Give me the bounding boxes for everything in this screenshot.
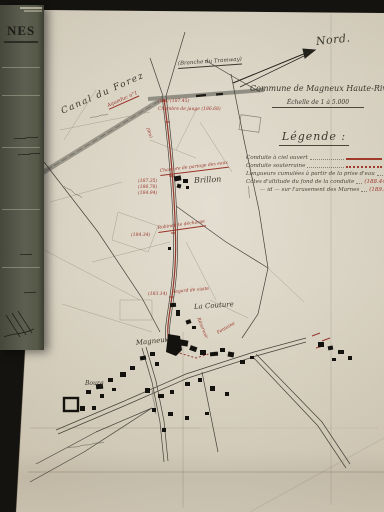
map-scale: Échelle de 1 à 5.000 bbox=[272, 99, 364, 108]
map-drawing bbox=[0, 0, 384, 512]
red-annotation: (184.94) bbox=[138, 192, 157, 197]
legend-item-value: (188.44) bbox=[364, 179, 384, 185]
place-label-brillon: Brillon bbox=[194, 176, 222, 185]
photographed-map-document: Nord. (Branche du Tramway) Canal du Fore… bbox=[0, 0, 384, 512]
legend-item-value: (189.36) bbox=[369, 187, 384, 193]
tramway-band bbox=[148, 90, 264, 99]
legend-item-label: — id — sur l'arasement des Marnes bbox=[260, 187, 359, 193]
register-cover: NES bbox=[0, 5, 44, 350]
dotted-leader bbox=[377, 175, 383, 176]
legend-item-label: Longueurs cumulées à partir de la prise … bbox=[246, 171, 375, 177]
legend-item: Longueurs cumulées à partir de la prise … bbox=[246, 169, 382, 177]
red-annotation: (186.78) bbox=[138, 186, 157, 191]
solid-red-line-swatch bbox=[346, 158, 382, 160]
legend-item-label: Conduite souterraine bbox=[246, 163, 305, 169]
legend-title: Légende : bbox=[279, 130, 349, 146]
legend-item: Côtes d'altitude du fond de la conduite … bbox=[246, 177, 382, 185]
legend-item-label: Côtes d'altitude du fond de la conduite bbox=[246, 179, 354, 185]
place-label-bourg: Bourg bbox=[85, 381, 104, 387]
legend: Légende : Conduite à ciel ouvert Conduit… bbox=[246, 130, 382, 193]
dotted-red-line-swatch bbox=[346, 166, 382, 168]
red-annotation: (187.35) bbox=[138, 180, 157, 185]
north-arrow-icon bbox=[233, 49, 315, 87]
map-title: Commune de Magneux Haute-Rive. bbox=[250, 84, 384, 93]
red-annotation: Chambre de jauge (186.68) bbox=[158, 108, 221, 113]
dotted-leader bbox=[361, 191, 367, 192]
legend-item: Conduite à ciel ouvert bbox=[246, 153, 382, 161]
north-label: Nord. bbox=[315, 32, 351, 47]
dotted-leader bbox=[307, 167, 344, 168]
legend-item-label: Conduite à ciel ouvert bbox=[246, 155, 308, 161]
legend-item: Conduite souterraine bbox=[246, 161, 382, 169]
dotted-leader bbox=[310, 159, 344, 160]
dotted-leader bbox=[356, 183, 362, 184]
cover-handwriting bbox=[0, 5, 44, 350]
red-annotation: (0m) (187.45) bbox=[158, 100, 189, 105]
red-annotation: (183.14) bbox=[148, 293, 167, 298]
red-annotation: (184.34) bbox=[131, 234, 150, 239]
legend-item: — id — sur l'arasement des Marnes (189.3… bbox=[246, 185, 382, 193]
